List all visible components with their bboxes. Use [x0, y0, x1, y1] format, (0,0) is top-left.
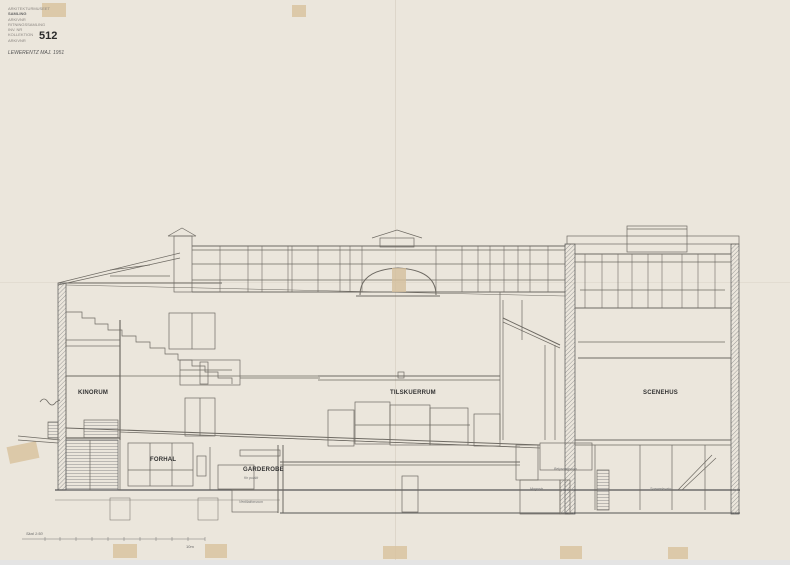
room-label-storage: Magasin	[530, 487, 543, 491]
room-label-ventilation: Ventilationsrum	[239, 500, 263, 504]
scale-bar	[22, 537, 205, 541]
room-label-tilskuerrum: TILSKUERRUM	[390, 390, 436, 396]
scale-unit: 10m	[186, 544, 194, 549]
room-label-kinorum: KINORUM	[78, 390, 108, 396]
architectural-drawing-sheet: ARKITEKTURMUSEET SAMLING ARKIVNR RITNING…	[0, 0, 790, 565]
room-label-stage-elevator: Sceneelevator	[650, 487, 672, 491]
room-label-lighting: Belysningsrum	[554, 467, 577, 471]
scale-title: Skal 1:50	[26, 531, 43, 536]
room-label-garderobe: GARDEROBE	[243, 467, 284, 473]
section-drawing	[0, 0, 790, 565]
room-label-scenehus: SCENEHUS	[643, 390, 678, 396]
room-label-forhal: FORHAL	[150, 457, 176, 463]
room-note-garderobe: för publik	[244, 476, 258, 480]
